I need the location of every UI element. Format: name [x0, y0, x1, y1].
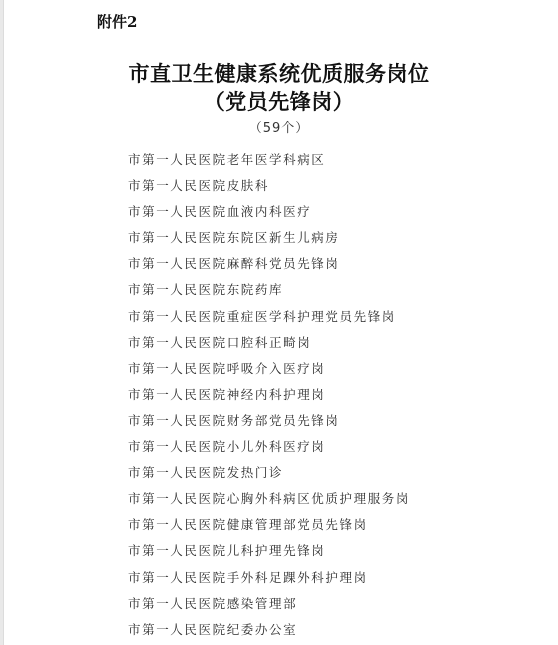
list-item: 市第一人民医院纪委办公室: [128, 621, 410, 645]
list-item: 市第一人民医院皮肤科: [128, 177, 410, 203]
attachment-label: 附件2: [97, 11, 137, 32]
list-item: 市第一人民医院健康管理部党员先锋岗: [128, 516, 410, 542]
list-item: 市第一人民医院心胸外科病区优质护理服务岗: [128, 490, 410, 516]
list-item: 市第一人民医院东院药库: [128, 281, 410, 307]
post-count: （59个）: [0, 117, 558, 136]
list-item: 市第一人民医院财务部党员先锋岗: [128, 412, 410, 438]
list-item: 市第一人民医院感染管理部: [128, 595, 410, 621]
list-item: 市第一人民医院麻醉科党员先锋岗: [128, 255, 410, 281]
post-list: 市第一人民医院老年医学科病区 市第一人民医院皮肤科 市第一人民医院血液内科医疗 …: [128, 151, 410, 645]
document-title: 市直卫生健康系统优质服务岗位: [0, 58, 558, 88]
list-item: 市第一人民医院口腔科正畸岗: [128, 334, 410, 360]
list-item: 市第一人民医院神经内科护理岗: [128, 386, 410, 412]
list-item: 市第一人民医院血液内科医疗: [128, 203, 410, 229]
list-item: 市第一人民医院东院区新生儿病房: [128, 229, 410, 255]
list-item: 市第一人民医院发热门诊: [128, 464, 410, 490]
list-item: 市第一人民医院手外科足踝外科护理岗: [128, 569, 410, 595]
list-item: 市第一人民医院儿科护理先锋岗: [128, 542, 410, 568]
list-item: 市第一人民医院呼吸介入医疗岗: [128, 360, 410, 386]
list-item: 市第一人民医院小儿外科医疗岗: [128, 438, 410, 464]
list-item: 市第一人民医院老年医学科病区: [128, 151, 410, 177]
list-item: 市第一人民医院重症医学科护理党员先锋岗: [128, 308, 410, 334]
document-subtitle: （党员先锋岗）: [0, 86, 558, 116]
